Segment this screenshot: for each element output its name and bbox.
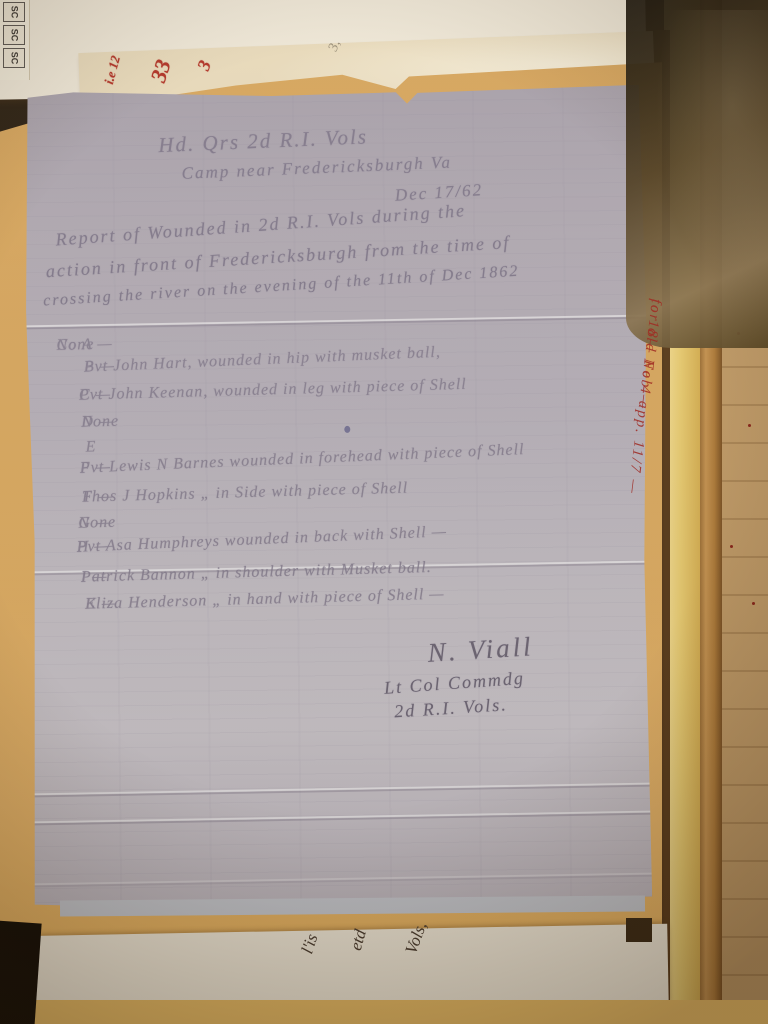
sc-stamp: SC — [3, 48, 25, 68]
company-label: E — [85, 437, 135, 456]
casualty-entry: None — [56, 336, 94, 355]
bottom-tan-sheet — [0, 1000, 768, 1024]
ink-speck — [748, 424, 751, 427]
plastic-sleeve — [626, 0, 768, 348]
sc-stamp-label: SC — [9, 29, 19, 42]
sc-stamp: SC — [3, 25, 25, 45]
ruled-lines — [718, 330, 768, 1024]
report-page: Hd. Qrs 2d R.I. Vols Camp near Frederick… — [24, 85, 653, 911]
sc-stamp: SC — [3, 2, 25, 22]
archive-photo: SC SC SC i.e 12 33 3 3, Hd. Qrs 2d R.I. … — [0, 0, 768, 1024]
paper-strip-sc: SC SC SC — [0, 0, 30, 80]
sc-stamp-label: SC — [9, 6, 19, 19]
ink-speck — [752, 602, 755, 605]
signature-name: N. Viall — [427, 631, 535, 669]
ink-blot — [344, 426, 350, 433]
shadow-wedge — [0, 921, 42, 1024]
casualty-entry: None — [81, 413, 119, 432]
sc-stamp-label: SC — [9, 52, 19, 65]
casualty-entry: None — [78, 514, 116, 533]
ink-speck — [730, 545, 733, 548]
shadow-notch — [626, 918, 652, 942]
